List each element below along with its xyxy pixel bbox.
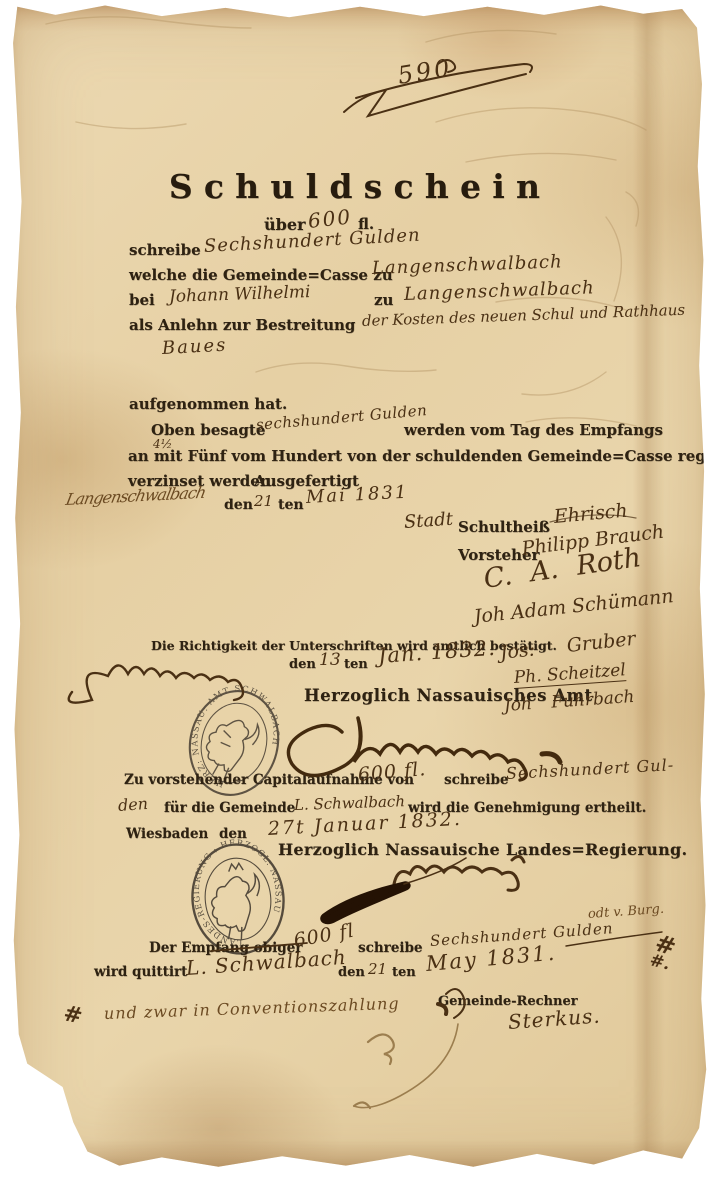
document-title: Schuldschein xyxy=(6,170,714,203)
approval-date: 27t Januar 1832. xyxy=(268,810,463,839)
signature-schuemann: Joh Adam Schümann xyxy=(473,587,674,627)
schultheiss-pre: Stadt xyxy=(403,511,453,532)
creditor-place: Langenschwalbach xyxy=(372,253,563,278)
approval-amount: 600 fl. xyxy=(357,760,427,785)
approval-schreibe: schreibe xyxy=(444,774,509,788)
ink-blot xyxy=(323,884,408,922)
interest-line1-pre: Oben besagte xyxy=(151,423,265,438)
interest-line1-post: werden vom Tag des Empfangs xyxy=(404,423,663,438)
docket-number: 590 xyxy=(396,56,454,88)
issue-ten: ten xyxy=(278,498,304,512)
purpose-text: der Kosten des neuen Schul und Rathhaus xyxy=(362,303,686,329)
regierung-office-line: Herzoglich Nassauische Landes=Regierung. xyxy=(278,842,687,858)
approval-line2-mid: für die Gemeinde xyxy=(164,802,295,816)
regierung-signature-scrawl xyxy=(394,856,524,890)
aufgenommen-line: aufgenommen hat. xyxy=(129,397,287,412)
zu-label: zu xyxy=(374,293,393,308)
purpose-text-2: Baues xyxy=(162,337,228,358)
creditor-label: welche die Gemeinde=Casse zu xyxy=(129,268,393,283)
approval-gemeinde: L. Schwalbach xyxy=(294,794,405,813)
receipt-line2-pre: wird quittirt xyxy=(94,966,187,980)
receipt-mark-2: #. xyxy=(648,952,672,973)
receipt-den: den xyxy=(338,966,365,979)
note-text: und zwar in Conventionszahlung xyxy=(104,996,400,1022)
schultheiss-label: Schultheiß xyxy=(458,520,550,535)
document-paper: 590 Schuldschein über 600 fl. schreibe S… xyxy=(6,2,714,1175)
debtor-name: Johann Wilhelmi xyxy=(169,284,311,306)
attestation-line: Die Richtigkeit der Unterschriften wird … xyxy=(151,640,557,653)
signature-sterkus: Sterkus. xyxy=(507,1006,601,1032)
debtor-label: bei xyxy=(129,293,155,308)
attest-ten: ten xyxy=(344,658,368,671)
issue-place: Langenschwalbach xyxy=(64,485,206,508)
document-scan: { "docket": { "number": "590" }, "title"… xyxy=(0,0,720,1177)
amount-words: Sechshundert Gulden xyxy=(204,227,422,256)
purpose-label: als Anlehn zur Bestreitung xyxy=(129,318,355,333)
signature-gruber: Jos: Gruber xyxy=(499,630,636,663)
schultheiss-signature: Ehrisch xyxy=(553,502,628,527)
note-mark: # xyxy=(62,1002,85,1027)
receipt-schreibe: schreibe xyxy=(358,942,423,956)
marginal-note: odt v. Burg. xyxy=(588,903,665,921)
bottom-flourish xyxy=(354,1024,458,1108)
attest-den: den xyxy=(289,658,316,671)
amt-seal: HERZ: NASSAU: AMT SCHWALBACH xyxy=(173,674,295,812)
issue-day: 21 xyxy=(254,494,273,509)
issue-den: den xyxy=(224,498,253,512)
schreibe-label: schreibe xyxy=(129,243,201,258)
receipt-day: 21 xyxy=(368,962,387,977)
attest-day: 13 xyxy=(319,652,341,669)
interest-line2: an mit Fünf vom Hundert von der schulden… xyxy=(128,449,720,464)
receipt-ten: ten xyxy=(392,966,416,979)
issue-date: Mai 1831 xyxy=(306,484,409,507)
approval-words-2: den xyxy=(117,796,148,814)
approval-words-1: Sechshundert Gul- xyxy=(506,757,675,782)
signature-scheitzel: Ph. Scheitzel xyxy=(513,662,626,689)
amount-figure: 600 xyxy=(307,206,353,231)
attest-date: Jan. 1832. xyxy=(377,638,496,667)
debtor-place: Langenschwalbach xyxy=(404,279,595,304)
